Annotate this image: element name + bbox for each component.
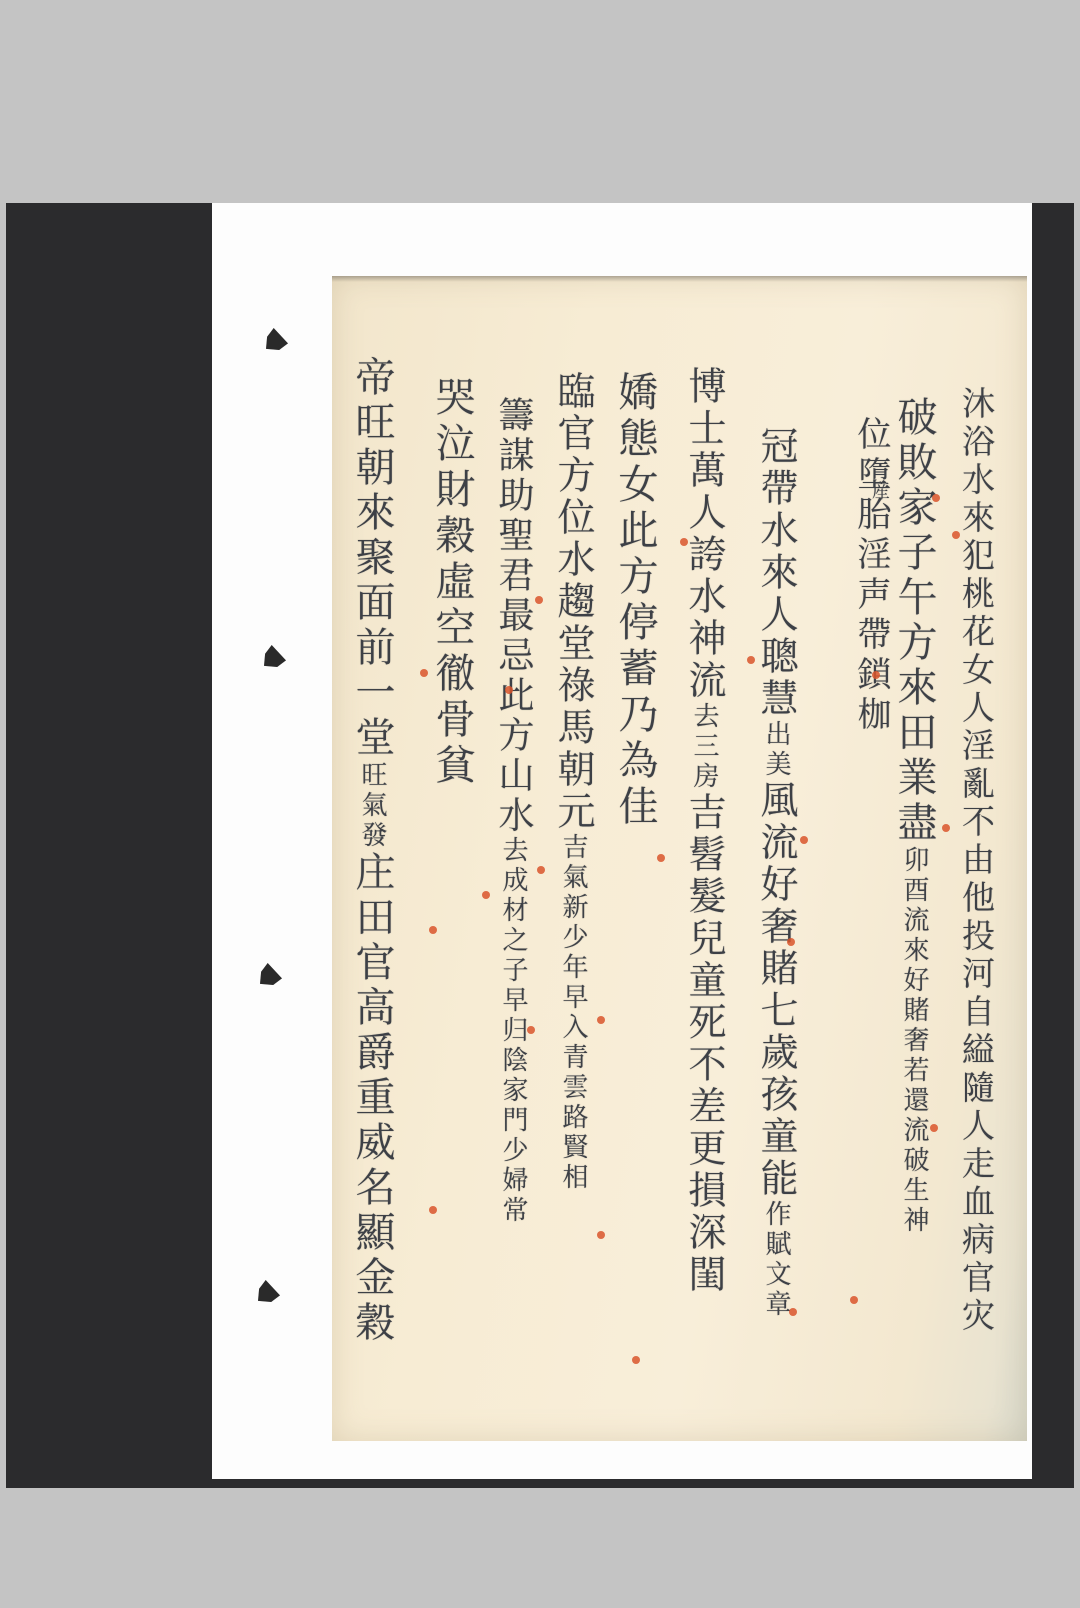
punctuation-mark	[597, 1016, 605, 1024]
column-text: 哭泣財穀虛空徹骨貧	[429, 376, 475, 790]
column-text: 臨官方位水趨堂祿馬朝元	[551, 371, 595, 833]
punctuation-mark	[505, 686, 513, 694]
text-column-5: 博士萬人誇水神流去三房吉髫髮兒童死不差更損深閨	[685, 366, 723, 1296]
punctuation-mark	[482, 891, 490, 899]
text-column-7: 臨官方位水趨堂祿馬朝元吉氣新少年早入青雲路賢相	[554, 371, 592, 1193]
text-column-9: 哭泣財穀虛空徹骨貧	[432, 376, 472, 790]
column-annotation: 卯酉流來好賭奢若還流破生神	[899, 846, 929, 1236]
punctuation-mark	[429, 926, 437, 934]
punctuation-mark	[597, 1231, 605, 1239]
column-annotation: 出美	[761, 720, 791, 780]
punctuation-mark	[800, 836, 808, 844]
column-annotation: 去成材之子早归陰家門少婦常	[498, 836, 528, 1226]
text-column-3: 位墮胎淫声帶鎖枷	[854, 416, 888, 736]
punctuation-mark	[850, 1296, 858, 1304]
column-annotation: 旺氣發	[357, 761, 387, 851]
punch-hole-icon	[258, 1280, 280, 1302]
text-column-6: 嬌態女此方停蓄乃為佳	[615, 371, 655, 831]
punctuation-mark	[932, 494, 940, 502]
column-text: 風流好奢賭七歲孩童能	[754, 780, 798, 1200]
column-annotation: 作賦文章	[761, 1200, 791, 1320]
column-text: 博士萬人誇水神流	[682, 366, 726, 702]
column-text: 沐浴水來犯桃花女人淫亂不由他投河自縊隨人走血病官灾	[957, 386, 996, 1336]
punctuation-mark	[789, 1308, 797, 1316]
column-text: 吉髫髮兒童死不差更損深閨	[682, 792, 726, 1296]
punch-hole-icon	[260, 963, 282, 985]
manuscript-page: 沐浴水來犯桃花女人淫亂不由他投河自縊隨人走血病官灾 破敗家子午方來田業盡卯酉流來…	[332, 276, 1027, 1441]
column-text: 冠帶水來人聰慧	[754, 426, 798, 720]
punctuation-mark	[657, 854, 665, 862]
punctuation-mark	[680, 538, 688, 546]
column-annotation: 産	[870, 481, 888, 505]
column-text: 破敗家子午方來田業盡	[891, 396, 937, 846]
text-column-4: 冠帶水來人聰慧出美風流好奢賭七歲孩童能作賦文章	[757, 426, 795, 1320]
punctuation-mark	[787, 938, 795, 946]
punctuation-mark	[952, 531, 960, 539]
punctuation-mark	[429, 1206, 437, 1214]
punctuation-mark	[872, 671, 880, 679]
punctuation-mark	[535, 596, 543, 604]
text-column-8: 籌謀助聖君最忌此方山水去成材之子早归陰家門少婦常	[495, 396, 531, 1226]
punctuation-mark	[632, 1356, 640, 1364]
punch-hole-icon	[266, 328, 288, 350]
column-annotation: 吉氣新少年早入青雲路賢相	[558, 833, 588, 1193]
text-column-1: 沐浴水來犯桃花女人淫亂不由他投河自縊隨人走血病官灾	[960, 386, 993, 1336]
text-column-2: 破敗家子午方來田業盡卯酉流來好賭奢若還流破生神	[894, 396, 934, 1236]
column-text: 嬌態女此方停蓄乃為佳	[612, 371, 658, 831]
punctuation-mark	[527, 1026, 535, 1034]
column-text: 庄田官高爵重威名顯金穀	[349, 851, 395, 1346]
column-text: 籌謀助聖君最忌此方山水	[493, 396, 534, 836]
text-column-10: 帝旺朝來聚面前一堂旺氣發庄田官高爵重威名顯金穀	[352, 356, 392, 1346]
punctuation-mark	[420, 669, 428, 677]
punctuation-mark	[942, 824, 950, 832]
punctuation-mark	[930, 1124, 938, 1132]
column-text: 位墮胎淫声帶鎖枷	[851, 416, 891, 736]
punctuation-mark	[747, 656, 755, 664]
column-annotation: 去三房	[689, 702, 719, 792]
column-text: 帝旺朝來聚面前一堂	[349, 356, 395, 761]
punctuation-mark	[537, 866, 545, 874]
punch-hole-icon	[264, 645, 286, 667]
